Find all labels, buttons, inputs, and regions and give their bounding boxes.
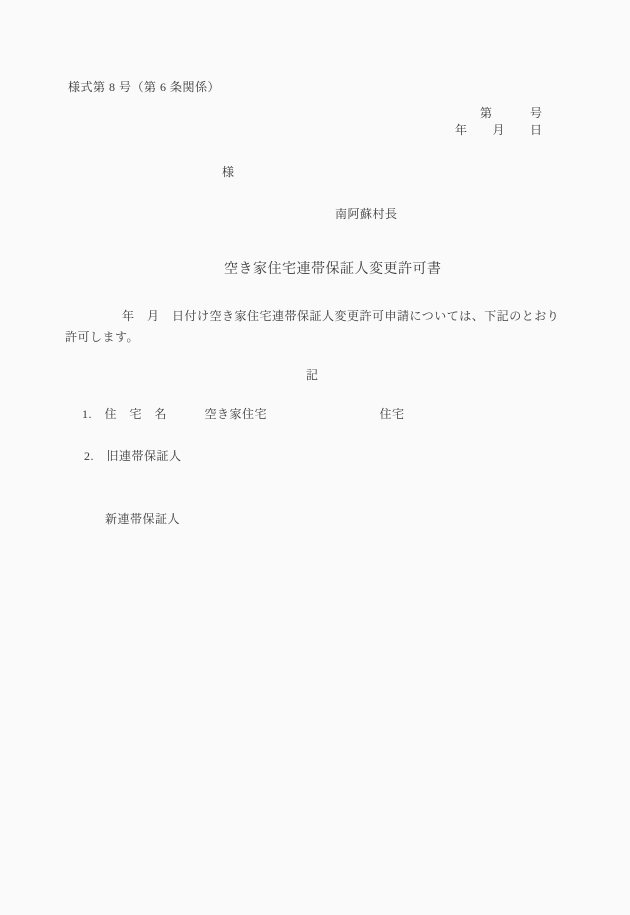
issuer-name: 南阿蘇村長 xyxy=(335,207,398,222)
item-new-guarantor: 新連帯保証人 xyxy=(105,512,180,527)
form-number: 様式第 8 号（第 6 条関係） xyxy=(68,80,220,95)
item-housing-name: 1. 住 宅 名 空き家住宅 住宅 xyxy=(82,407,405,422)
document-title: 空き家住宅連帯保証人変更許可書 xyxy=(224,261,442,279)
body-paragraph-line-2: 許可します。 xyxy=(65,330,139,345)
document-number-line: 第 号 xyxy=(480,106,543,121)
addressee-honorific: 様 xyxy=(222,165,235,180)
permit-document-page: 様式第 8 号（第 6 条関係） 第 号 年 月 日 様 南阿蘇村長 空き家住宅… xyxy=(0,0,630,915)
item-old-guarantor: 2. 旧連帯保証人 xyxy=(84,449,182,464)
record-heading: 記 xyxy=(306,368,319,383)
date-line: 年 月 日 xyxy=(455,123,543,138)
body-paragraph-line-1: 年 月 日付け空き家住宅連帯保証人変更許可申請については、下記のとおり xyxy=(122,309,559,324)
